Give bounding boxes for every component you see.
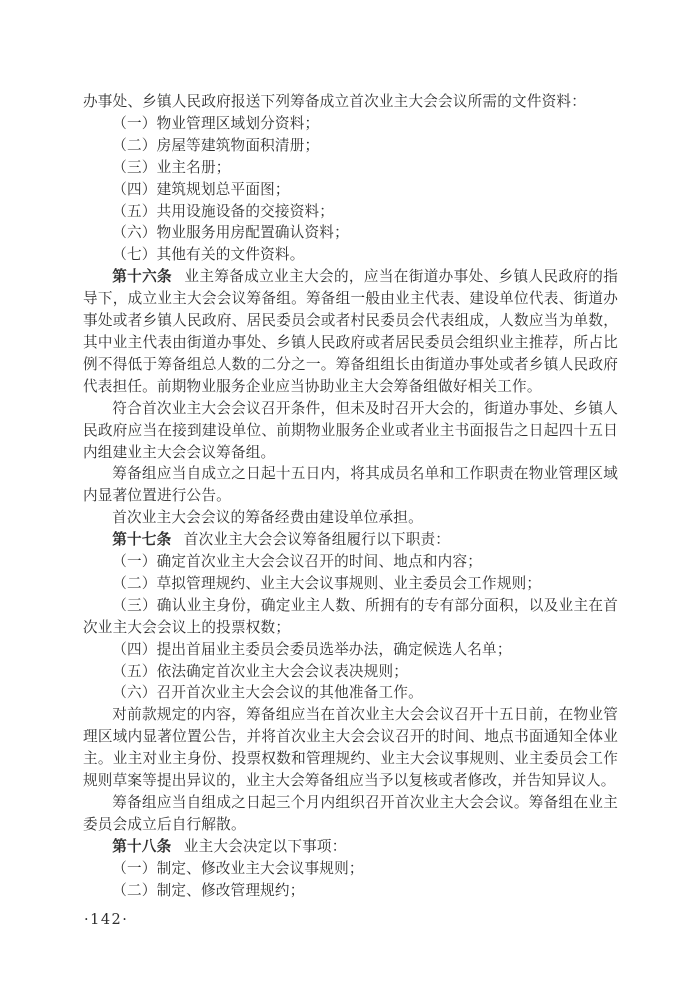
document-page: 办事处、乡镇人民政府报送下列筹备成立首次业主大会会议所需的文件资料：（一）物业管…: [0, 0, 699, 982]
paragraph: 筹备组应当自成立之日起十五日内，将其成员名单和工作职责在物业管理区域内显著位置进…: [83, 463, 618, 507]
paragraph-text: 首次业主大会会议筹备组履行以下职责：: [184, 531, 450, 548]
paragraph: （二）房屋等建筑物面积清册；: [83, 135, 618, 157]
paragraph-text: （三）业主名册；: [112, 159, 230, 176]
paragraph-text: 办事处、乡镇人民政府报送下列筹备成立首次业主大会会议所需的文件资料：: [83, 93, 586, 110]
paragraph-text: （三）确认业主身份，确定业主人数、所拥有的专有部分面积，以及业主在首次业主大会会…: [83, 597, 618, 636]
paragraph: （六）召开首次业主大会会议的其他准备工作。: [83, 682, 618, 704]
article-number: 第十八条: [112, 838, 171, 855]
paragraph-text: （一）确定首次业主大会会议召开的时间、地点和内容；: [112, 553, 482, 570]
paragraph: （七）其他有关的文件资料。: [83, 244, 618, 266]
paragraph-text: 筹备组应当自成立之日起十五日内，将其成员名单和工作职责在物业管理区域内显著位置进…: [83, 465, 618, 504]
document-body: 办事处、乡镇人民政府报送下列筹备成立首次业主大会会议所需的文件资料：（一）物业管…: [83, 91, 618, 902]
page-number: ·142·: [84, 912, 128, 928]
paragraph-text: 筹备组应当自组成之日起三个月内组织召开首次业主大会会议。筹备组在业主委员会成立后…: [83, 794, 618, 833]
paragraph: （六）物业服务用房配置确认资料；: [83, 222, 618, 244]
paragraph-text: （一）物业管理区域划分资料；: [112, 115, 319, 132]
paragraph-text: （二）草拟管理规约、业主大会议事规则、业主委员会工作规则；: [112, 575, 541, 592]
paragraph-text: 业主筹备成立业主大会的，应当在街道办事处、乡镇人民政府的指导下，成立业主大会会议…: [83, 268, 618, 395]
paragraph: 对前款规定的内容，筹备组应当在首次业主大会会议召开十五日前，在物业管理区域内显著…: [83, 704, 618, 792]
paragraph: （五）共用设施设备的交接资料；: [83, 201, 618, 223]
paragraph-text: （五）依法确定首次业主大会会议表决规则；: [112, 663, 408, 680]
paragraph-text: （一）制定、修改业主大会议事规则；: [112, 860, 364, 877]
paragraph: （一）制定、修改业主大会议事规则；: [83, 858, 618, 880]
paragraph: 筹备组应当自组成之日起三个月内组织召开首次业主大会会议。筹备组在业主委员会成立后…: [83, 792, 618, 836]
paragraph: （一）确定首次业主大会会议召开的时间、地点和内容；: [83, 551, 618, 573]
paragraph-text: （六）物业服务用房配置确认资料；: [112, 224, 349, 241]
paragraph-text: 符合首次业主大会会议召开条件，但未及时召开大会的，街道办事处、乡镇人民政府应当在…: [83, 400, 618, 461]
article-paragraph: 第十八条业主大会决定以下事项：: [83, 836, 618, 858]
paragraph-text: （六）召开首次业主大会会议的其他准备工作。: [112, 684, 423, 701]
paragraph-text: 业主大会决定以下事项：: [184, 838, 347, 855]
article-number: 第十七条: [112, 531, 171, 548]
paragraph-text: （四）提出首届业主委员会委员选举办法，确定候选人名单；: [112, 641, 511, 658]
paragraph: （二）制定、修改管理规约；: [83, 880, 618, 902]
paragraph: （四）建筑规划总平面图；: [83, 179, 618, 201]
paragraph: （一）物业管理区域划分资料；: [83, 113, 618, 135]
paragraph: （三）确认业主身份，确定业主人数、所拥有的专有部分面积，以及业主在首次业主大会会…: [83, 595, 618, 639]
paragraph: （三）业主名册；: [83, 157, 618, 179]
article-paragraph: 第十七条首次业主大会会议筹备组履行以下职责：: [83, 529, 618, 551]
article-paragraph: 第十六条业主筹备成立业主大会的，应当在街道办事处、乡镇人民政府的指导下，成立业主…: [83, 266, 618, 397]
paragraph-text: 对前款规定的内容，筹备组应当在首次业主大会会议召开十五日前，在物业管理区域内显著…: [83, 706, 618, 789]
paragraph: 符合首次业主大会会议召开条件，但未及时召开大会的，街道办事处、乡镇人民政府应当在…: [83, 398, 618, 464]
article-number: 第十六条: [112, 268, 172, 285]
paragraph-text: （二）制定、修改管理规约；: [112, 882, 304, 899]
paragraph-text: （七）其他有关的文件资料。: [112, 246, 304, 263]
paragraph: （四）提出首届业主委员会委员选举办法，确定候选人名单；: [83, 639, 618, 661]
paragraph: （二）草拟管理规约、业主大会议事规则、业主委员会工作规则；: [83, 573, 618, 595]
paragraph: 首次业主大会会议的筹备经费由建设单位承担。: [83, 507, 618, 529]
paragraph-text: （二）房屋等建筑物面积清册；: [112, 137, 319, 154]
paragraph-text: （五）共用设施设备的交接资料；: [112, 203, 334, 220]
paragraph-text: 首次业主大会会议的筹备经费由建设单位承担。: [112, 509, 423, 526]
paragraph: （五）依法确定首次业主大会会议表决规则；: [83, 661, 618, 683]
paragraph-text: （四）建筑规划总平面图；: [112, 181, 290, 198]
paragraph: 办事处、乡镇人民政府报送下列筹备成立首次业主大会会议所需的文件资料：: [83, 91, 618, 113]
